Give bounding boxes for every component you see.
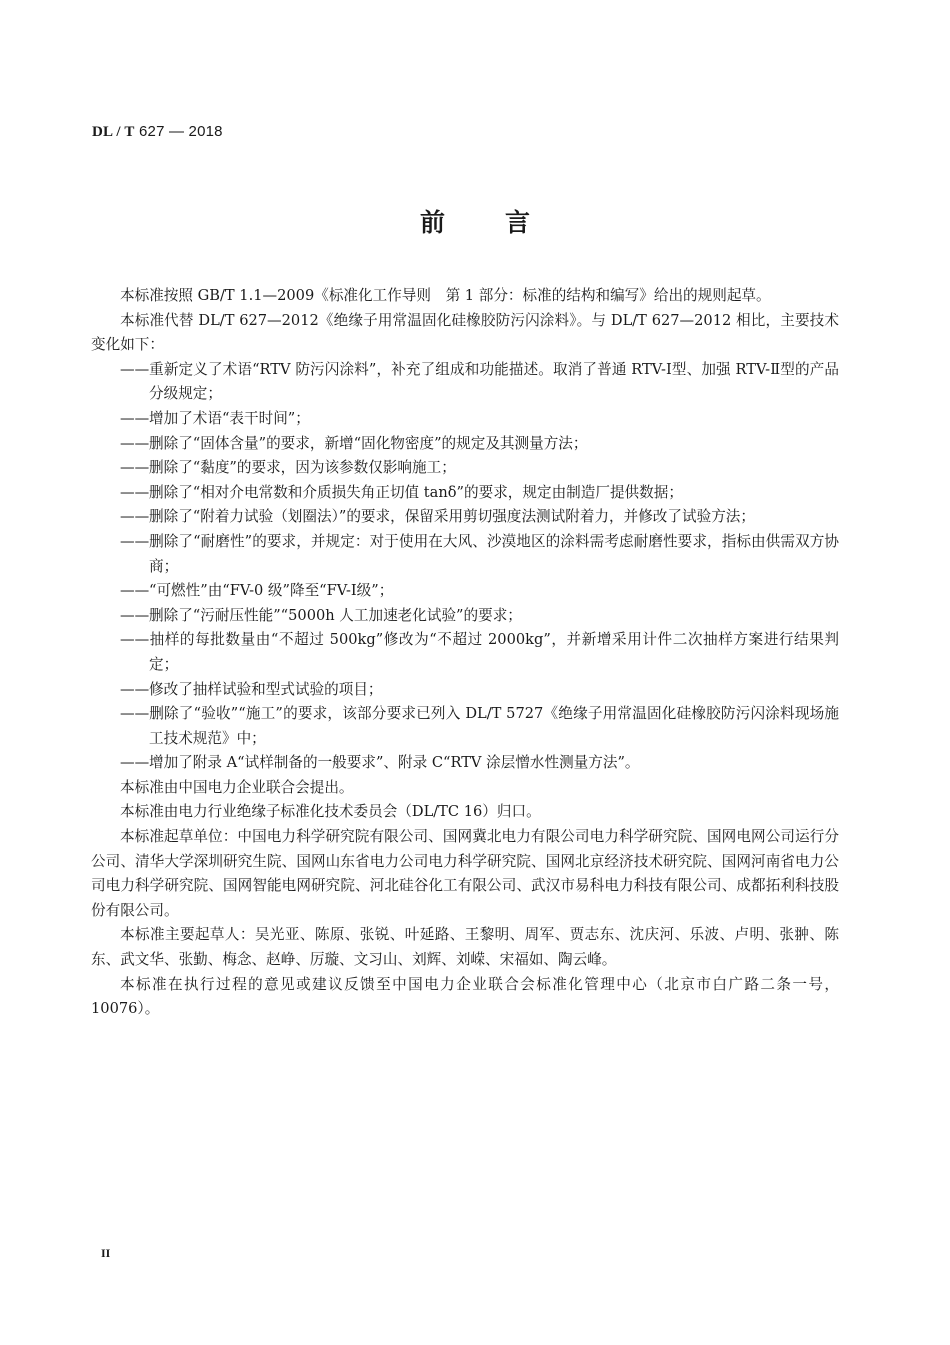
dash-marker: ——: [120, 456, 149, 481]
dash-marker: ——: [120, 579, 149, 604]
dash-marker: ——: [120, 702, 149, 727]
paragraph-drafting-rules: 本标准按照 GB/T 1.1—2009《标准化工作导则 第 1 部分：标准的结构…: [91, 284, 839, 309]
list-item-text: 删除了“相对介电常数和介质损失角正切值 tanδ”的要求，规定由制造厂提供数据；: [149, 484, 683, 501]
list-item-text: 修改了抽样试验和型式试验的项目；: [149, 681, 383, 698]
list-item: ——增加了附录 A“试样制备的一般要求”、附录 C“RTV 涂层憎水性测量方法”…: [91, 751, 839, 776]
page-title: 前言: [0, 203, 950, 239]
list-item-text: 删除了“验收”“施工”的要求，该部分要求已列入 DL/T 5727《绝缘子用常温…: [149, 705, 839, 747]
paragraph-drafters: 本标准主要起草人：吴光亚、陈原、张锐、叶延路、王黎明、周军、贾志东、沈庆河、乐波…: [91, 923, 839, 972]
dash-marker: ——: [120, 481, 149, 506]
list-item: ——删除了“黏度”的要求，因为该参数仅影响施工；: [91, 456, 839, 481]
title-char-1: 前: [420, 208, 445, 237]
dash-marker: ——: [120, 432, 149, 457]
list-item-text: “可燃性”由“FV-0 级”降至“FV-Ⅰ级”；: [149, 582, 393, 599]
list-item: ——删除了“固体含量”的要求，新增“固化物密度”的规定及其测量方法；: [91, 432, 839, 457]
list-item-text: 删除了“附着力试验（划圈法）”的要求，保留采用剪切强度法测试附着力，并修改了试验…: [149, 508, 755, 525]
list-item: ——删除了“相对介电常数和介质损失角正切值 tanδ”的要求，规定由制造厂提供数…: [91, 481, 839, 506]
dash-marker: ——: [120, 628, 149, 653]
list-item: ——“可燃性”由“FV-0 级”降至“FV-Ⅰ级”；: [91, 579, 839, 604]
page-number: II: [101, 1246, 110, 1261]
list-item-text: 增加了附录 A“试样制备的一般要求”、附录 C“RTV 涂层憎水性测量方法”。: [149, 754, 640, 771]
list-item: ——修改了抽样试验和型式试验的项目；: [91, 678, 839, 703]
paragraph-replacement: 本标准代替 DL/T 627—2012《绝缘子用常温固化硅橡胶防污闪涂料》。与 …: [91, 309, 839, 358]
changes-list: ——重新定义了术语“RTV 防污闪涂料”，补充了组成和功能描述。取消了普通 RT…: [91, 358, 839, 776]
dash-marker: ——: [120, 407, 149, 432]
list-item-text: 抽样的每批数量由“不超过 500kg”修改为“不超过 2000kg”，并新增采用…: [149, 631, 839, 673]
paragraph-centralized-by: 本标准由电力行业绝缘子标准化技术委员会（DL/TC 16）归口。: [91, 800, 839, 825]
list-item: ——增加了术语“表干时间”；: [91, 407, 839, 432]
dash-marker: ——: [120, 530, 149, 555]
title-char-2: 言: [505, 208, 530, 237]
list-item: ——抽样的每批数量由“不超过 500kg”修改为“不超过 2000kg”，并新增…: [91, 628, 839, 677]
list-item: ——重新定义了术语“RTV 防污闪涂料”，补充了组成和功能描述。取消了普通 RT…: [91, 358, 839, 407]
dash-marker: ——: [120, 358, 149, 383]
list-item-text: 删除了“固体含量”的要求，新增“固化物密度”的规定及其测量方法；: [149, 435, 587, 452]
list-item-text: 增加了术语“表干时间”；: [149, 410, 310, 427]
paragraph-feedback: 本标准在执行过程的意见或建议反馈至中国电力企业联合会标准化管理中心（北京市白广路…: [91, 973, 839, 1022]
list-item-text: 删除了“黏度”的要求，因为该参数仅影响施工；: [149, 459, 456, 476]
list-item: ——删除了“附着力试验（划圈法）”的要求，保留采用剪切强度法测试附着力，并修改了…: [91, 505, 839, 530]
dash-marker: ——: [120, 505, 149, 530]
list-item-text: 删除了“污耐压性能”“5000h 人工加速老化试验”的要求；: [149, 607, 522, 624]
list-item-text: 删除了“耐磨性”的要求，并规定：对于使用在大风、沙漠地区的涂料需考虑耐磨性要求，…: [149, 533, 839, 575]
standard-code-prefix: DL / T: [92, 124, 135, 140]
paragraph-proposed-by: 本标准由中国电力企业联合会提出。: [91, 776, 839, 801]
dash-marker: ——: [120, 678, 149, 703]
list-item: ——删除了“验收”“施工”的要求，该部分要求已列入 DL/T 5727《绝缘子用…: [91, 702, 839, 751]
paragraph-drafting-units: 本标准起草单位：中国电力科学研究院有限公司、国网冀北电力有限公司电力科学研究院、…: [91, 825, 839, 923]
standard-code-number: 627 — 2018: [135, 123, 223, 140]
dash-marker: ——: [120, 604, 149, 629]
list-item-text: 重新定义了术语“RTV 防污闪涂料”，补充了组成和功能描述。取消了普通 RTV-…: [149, 361, 839, 403]
standard-code-header: DL / T 627 — 2018: [92, 123, 223, 141]
list-item: ——删除了“耐磨性”的要求，并规定：对于使用在大风、沙漠地区的涂料需考虑耐磨性要…: [91, 530, 839, 579]
foreword-body: 本标准按照 GB/T 1.1—2009《标准化工作导则 第 1 部分：标准的结构…: [91, 284, 839, 1022]
list-item: ——删除了“污耐压性能”“5000h 人工加速老化试验”的要求；: [91, 604, 839, 629]
dash-marker: ——: [120, 751, 149, 776]
